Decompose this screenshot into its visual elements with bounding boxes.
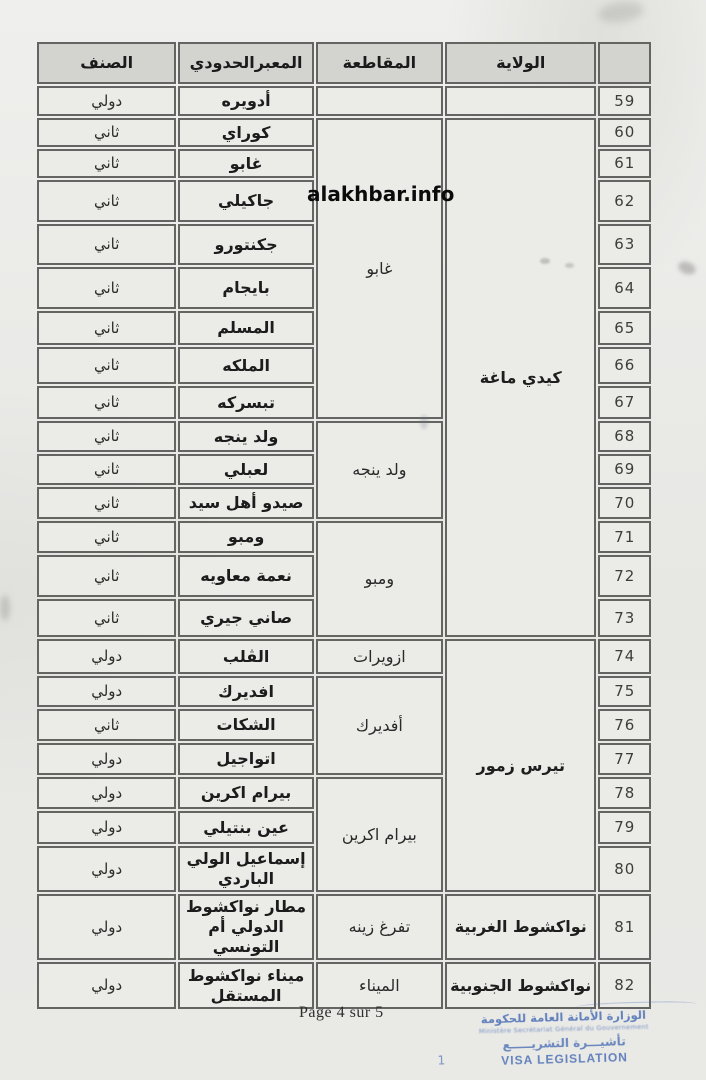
wilaya-cell: نواكشوط الجنوبية [445,962,597,1009]
wilaya-cell: تيرس زمور [445,639,597,892]
crossing-name-cell: ومبو [178,521,313,553]
row-number-cell: 75 [598,676,651,707]
row-number-cell: 80 [598,846,651,892]
crossing-name-cell: أدويره [178,86,313,116]
row-number-cell: 76 [598,709,651,741]
district-cell [316,86,443,116]
crossing-name-cell: ولد ينجه [178,421,313,452]
row-number-cell: 70 [598,487,651,519]
row-number-cell: 73 [598,599,651,637]
header-wilaya: الولاية [445,42,597,84]
classification-cell: ثاني [37,386,176,419]
wilaya-cell: كيدي ماغة [445,118,597,637]
scanned-page: الولاية المقاطعة المعبرالحدودي الصنف 59أ… [0,0,706,1080]
classification-cell: ثاني [37,487,176,519]
classification-cell: ثاني [37,118,176,147]
table-body: 59أدويرهدولي60كيدي ماغةغابوكورايثاني61غا… [37,86,651,1009]
classification-cell: ثاني [37,555,176,597]
row-number-cell: 77 [598,743,651,775]
watermark-text: alakhbar.info [307,182,454,206]
row-number-cell: 63 [598,224,651,265]
district-cell: غابو [316,118,443,419]
page-number: Page 4 sur 5 [299,1004,384,1022]
classification-cell: ثاني [37,180,176,222]
crossing-name-cell: جكنتورو [178,224,313,265]
row-number-cell: 79 [598,811,651,844]
district-cell: الميناء [316,962,443,1009]
district-cell: أفديرك [316,676,443,775]
row-number-cell: 74 [598,639,651,674]
visa-legislation-stamp: الوزارة الأمانة العامة للحكومة Ministère… [432,1006,695,1069]
row-number-cell: 69 [598,454,651,485]
classification-cell: دولي [37,777,176,809]
classification-cell: ثاني [37,311,176,345]
classification-cell: ثاني [37,521,176,553]
scan-artifact [676,259,697,276]
scan-artifact [597,0,645,25]
header-district: المقاطعة [316,42,443,84]
header-class: الصنف [37,42,176,84]
row-number-cell: 65 [598,311,651,345]
scan-artifact [0,595,10,621]
crossing-name-cell: صيدو أهل سيد [178,487,313,519]
classification-cell: دولي [37,639,176,674]
classification-cell: ثاني [37,347,176,384]
crossing-name-cell: المسلم [178,311,313,345]
classification-cell: دولي [37,86,176,116]
table-row: 82نواكشوط الجنوبيةالميناءميناء نواكشوط ا… [37,962,651,1009]
row-number-cell: 61 [598,149,651,178]
wilaya-cell [445,86,597,116]
header-number [598,42,651,84]
district-cell: ولد ينجه [316,421,443,519]
crossing-name-cell: جاكيلي [178,180,313,222]
row-number-cell: 72 [598,555,651,597]
header-row: الولاية المقاطعة المعبرالحدودي الصنف [37,42,651,84]
classification-cell: دولي [37,676,176,707]
crossing-name-cell: مطار نواكشوط الدولي أم التونسي [178,894,313,960]
classification-cell: ثاني [37,599,176,637]
crossing-name-cell: عين بنتيلي [178,811,313,844]
crossing-name-cell: اتواجيل [178,743,313,775]
crossing-name-cell: كوراي [178,118,313,147]
crossing-name-cell: صاني جيري [178,599,313,637]
district-cell: ومبو [316,521,443,637]
crossing-name-cell: الڨلب [178,639,313,674]
table-row: 60كيدي ماغةغابوكورايثاني [37,118,651,147]
row-number-cell: 66 [598,347,651,384]
crossing-name-cell: بيرام اكرين [178,777,313,809]
crossing-name-cell: نعمة معاويه [178,555,313,597]
district-cell: ازويرات [316,639,443,674]
row-number-cell: 67 [598,386,651,419]
crossing-name-cell: الملكه [178,347,313,384]
crossing-name-cell: افديرك [178,676,313,707]
table-row: 81نواكشوط الغربيةتفرغ زينهمطار نواكشوط ا… [37,894,651,960]
classification-cell: دولي [37,894,176,960]
row-number-cell: 62 [598,180,651,222]
crossing-name-cell: ميناء نواكشوط المستقل [178,962,313,1009]
classification-cell: دولي [37,811,176,844]
classification-cell: ثاني [37,224,176,265]
stamp-tick-mark: 1 [437,1053,445,1067]
crossing-name-cell: لعبلي [178,454,313,485]
row-number-cell: 68 [598,421,651,452]
classification-cell: ثاني [37,149,176,178]
crossing-name-cell: بايجام [178,267,313,309]
row-number-cell: 78 [598,777,651,809]
row-number-cell: 59 [598,86,651,116]
classification-cell: ثاني [37,421,176,452]
header-crossing: المعبرالحدودي [178,42,313,84]
district-cell: بيرام اكرين [316,777,443,892]
classification-cell: ثاني [37,267,176,309]
crossing-name-cell: غابو [178,149,313,178]
district-cell: تفرغ زينه [316,894,443,960]
classification-cell: دولي [37,846,176,892]
crossing-name-cell: إسماعيل الولي الباردي [178,846,313,892]
wilaya-cell: نواكشوط الغربية [445,894,597,960]
classification-cell: ثاني [37,709,176,741]
row-number-cell: 60 [598,118,651,147]
crossing-name-cell: تبسركه [178,386,313,419]
crossing-name-cell: الشكات [178,709,313,741]
row-number-cell: 71 [598,521,651,553]
table-row: 59أدويرهدولي [37,86,651,116]
table-row: 74تيرس زمورازويراتالڨلبدولي [37,639,651,674]
classification-cell: ثاني [37,454,176,485]
classification-cell: دولي [37,743,176,775]
classification-cell: دولي [37,962,176,1009]
row-number-cell: 81 [598,894,651,960]
row-number-cell: 64 [598,267,651,309]
